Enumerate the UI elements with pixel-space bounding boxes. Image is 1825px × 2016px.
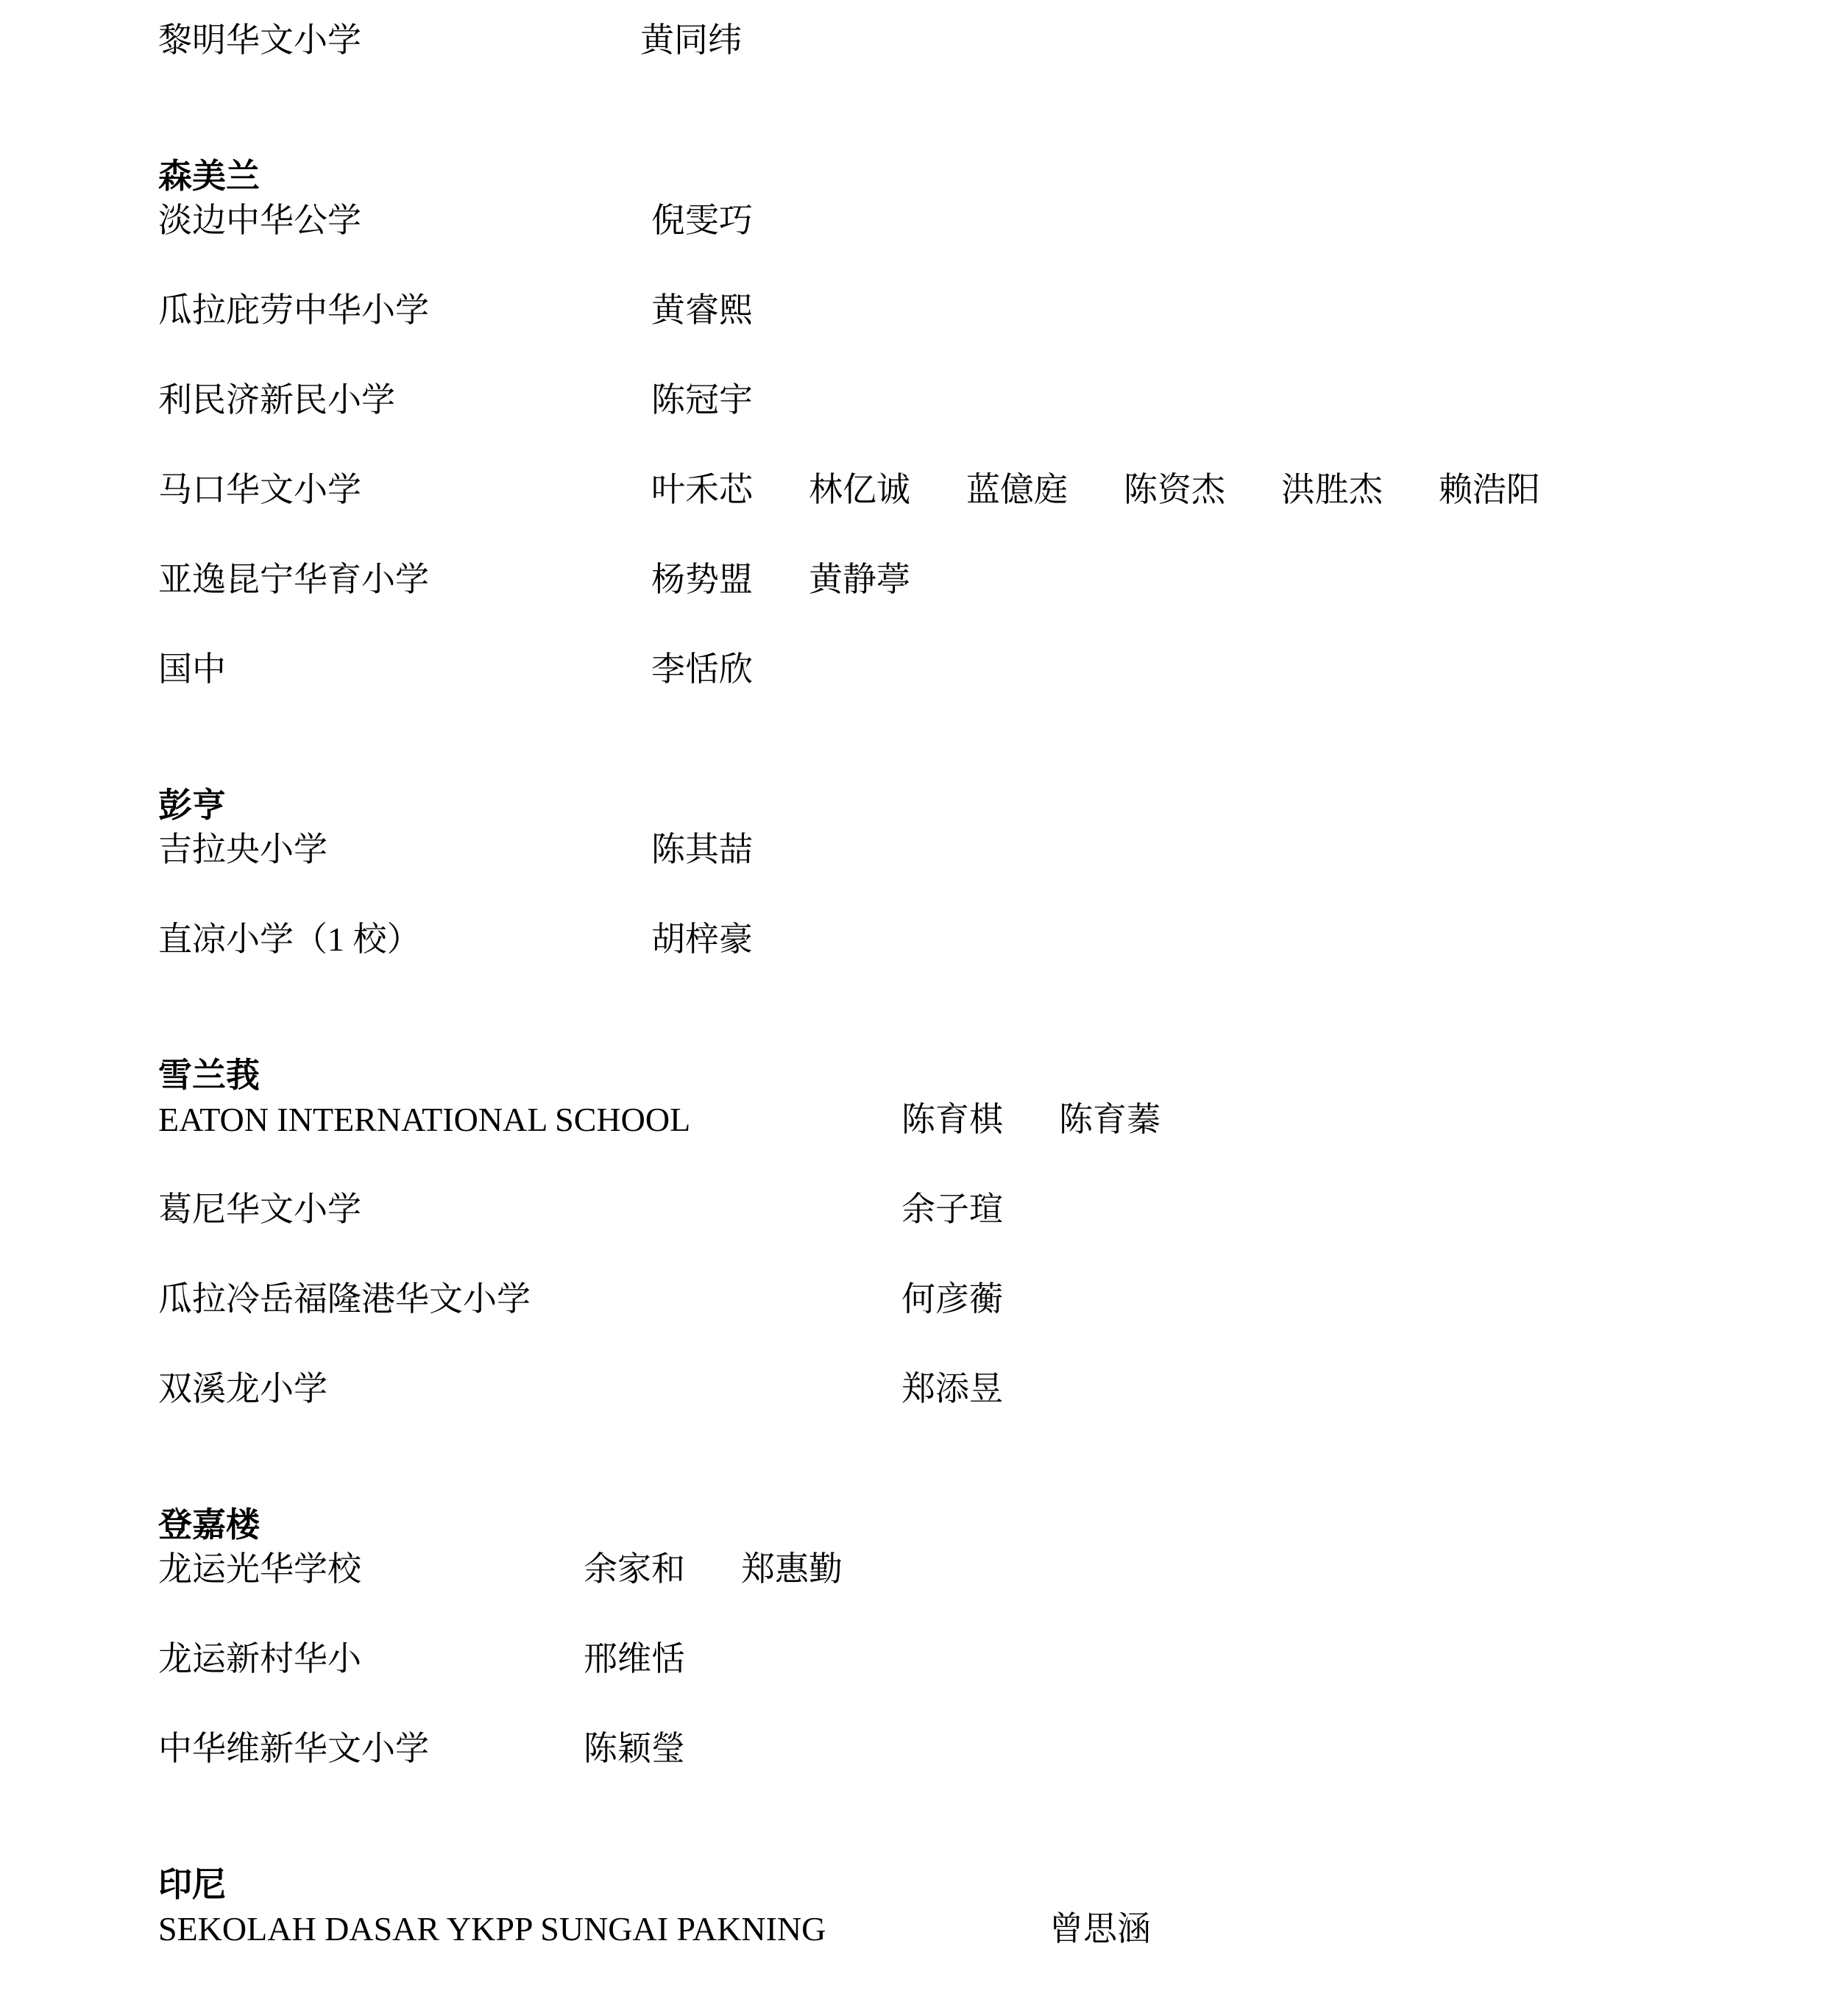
school-row: 国中 李恬欣 [158, 647, 1781, 692]
school-name: 马口华文小学 [158, 468, 651, 512]
student-name: 赖浩阳 [1439, 468, 1540, 512]
student-name: 陈资杰 [1124, 468, 1225, 512]
school-row: 龙运新村华小 邢维恬 [158, 1637, 1781, 1681]
student-name: 陈育棋 [901, 1098, 1003, 1142]
section-pahang: 彭亨 吉拉央小学 陈其喆 直凉小学（1 校） 胡梓豪 [158, 784, 1781, 962]
student-names: 黄睿熙 [651, 288, 753, 333]
student-name: 余子瑄 [901, 1188, 1003, 1232]
student-name: 陈冠宇 [651, 378, 753, 422]
school-row: 黎明华文小学 黄同纬 [158, 18, 1781, 63]
school-row: 龙运光华学校 余家和郑惠勤 [158, 1547, 1781, 1591]
student-names: 李恬欣 [651, 647, 753, 692]
student-names: 余家和郑惠勤 [584, 1547, 843, 1591]
school-row: 利民济新民小学 陈冠宇 [158, 378, 1781, 422]
section-indonesia: 印尼 SEKOLAH DASAR YKPP SUNGAI PAKNING 曾思涵 [158, 1863, 1781, 1951]
student-name: 邢维恬 [584, 1637, 685, 1681]
region-header: 登嘉楼 [158, 1503, 1781, 1547]
school-row: 瓜拉冷岳福隆港华文小学 何彦蘅 [158, 1277, 1781, 1321]
region-header: 印尼 [158, 1863, 1781, 1907]
student-name: 陈育蓁 [1059, 1098, 1160, 1142]
student-name: 余家和 [584, 1547, 685, 1591]
school-row: 淡边中华公学 倪雯巧 [158, 199, 1781, 243]
student-names: 郑添昱 [901, 1367, 1003, 1411]
school-name: 直凉小学（1 校） [158, 918, 651, 962]
school-name: 瓜拉庇劳中华小学 [158, 288, 651, 333]
school-row: SEKOLAH DASAR YKPP SUNGAI PAKNING 曾思涵 [158, 1907, 1781, 1951]
student-name: 李恬欣 [651, 647, 753, 692]
student-name: 曾思涵 [1049, 1907, 1151, 1951]
school-name: 吉拉央小学 [158, 828, 651, 872]
student-names: 胡梓豪 [651, 918, 753, 962]
school-name: 亚逸昆宁华育小学 [158, 558, 651, 602]
school-name: 双溪龙小学 [158, 1367, 901, 1411]
school-name: EATON INTERNATIONAL SCHOOL [158, 1098, 901, 1142]
school-name: 黎明华文小学 [158, 18, 640, 63]
school-row: 双溪龙小学 郑添昱 [158, 1367, 1781, 1411]
school-name: 龙运光华学校 [158, 1547, 584, 1591]
student-name: 黄静葶 [809, 558, 910, 602]
school-name: 瓜拉冷岳福隆港华文小学 [158, 1277, 901, 1321]
student-names: 曾思涵 [1049, 1907, 1151, 1951]
school-row: 吉拉央小学 陈其喆 [158, 828, 1781, 872]
student-name: 杨势盟 [651, 558, 753, 602]
student-name: 何彦蘅 [901, 1277, 1003, 1321]
region-header: 彭亨 [158, 784, 1781, 828]
section-negeri-sembilan: 森美兰 淡边中华公学 倪雯巧 瓜拉庇劳中华小学 黄睿熙 利民济新民小学 陈冠宇 … [158, 155, 1781, 692]
student-name: 胡梓豪 [651, 918, 753, 962]
student-name: 洪胜杰 [1281, 468, 1383, 512]
school-row: 亚逸昆宁华育小学 杨势盟黄静葶 [158, 558, 1781, 602]
section-terengganu: 登嘉楼 龙运光华学校 余家和郑惠勤 龙运新村华小 邢维恬 中华维新华文小学 陈颖… [158, 1503, 1781, 1771]
student-names: 倪雯巧 [651, 199, 753, 243]
student-name: 蓝億庭 [966, 468, 1068, 512]
student-names: 杨势盟黄静葶 [651, 558, 910, 602]
student-names: 黄同纬 [640, 18, 742, 63]
school-row: 瓜拉庇劳中华小学 黄睿熙 [158, 288, 1781, 333]
student-names: 陈其喆 [651, 828, 753, 872]
student-name: 郑添昱 [901, 1367, 1003, 1411]
student-names: 陈冠宇 [651, 378, 753, 422]
student-name: 陈其喆 [651, 828, 753, 872]
student-name: 陈颖瑩 [584, 1727, 685, 1771]
student-name: 叶禾芯 [651, 468, 753, 512]
student-names: 叶禾芯林亿诚蓝億庭陈资杰洪胜杰赖浩阳 [651, 468, 1540, 512]
school-row: EATON INTERNATIONAL SCHOOL 陈育棋陈育蓁 [158, 1098, 1781, 1142]
school-name: 中华维新华文小学 [158, 1727, 584, 1771]
student-names: 余子瑄 [901, 1188, 1003, 1232]
school-name: 葛尼华文小学 [158, 1188, 901, 1232]
student-name: 黄睿熙 [651, 288, 753, 333]
student-names: 邢维恬 [584, 1637, 685, 1681]
student-names: 陈育棋陈育蓁 [901, 1098, 1160, 1142]
student-names: 何彦蘅 [901, 1277, 1003, 1321]
student-name: 倪雯巧 [651, 199, 753, 243]
school-name: 淡边中华公学 [158, 199, 651, 243]
student-name: 郑惠勤 [741, 1547, 843, 1591]
student-names: 陈颖瑩 [584, 1727, 685, 1771]
section-selangor: 雪兰莪 EATON INTERNATIONAL SCHOOL 陈育棋陈育蓁 葛尼… [158, 1054, 1781, 1411]
school-name: SEKOLAH DASAR YKPP SUNGAI PAKNING [158, 1907, 1049, 1951]
school-row: 直凉小学（1 校） 胡梓豪 [158, 918, 1781, 962]
school-row: 中华维新华文小学 陈颖瑩 [158, 1727, 1781, 1771]
region-header: 森美兰 [158, 155, 1781, 199]
school-name: 龙运新村华小 [158, 1637, 584, 1681]
school-row: 马口华文小学 叶禾芯林亿诚蓝億庭陈资杰洪胜杰赖浩阳 [158, 468, 1781, 512]
student-name: 黄同纬 [640, 18, 742, 63]
student-name: 林亿诚 [809, 468, 910, 512]
school-name: 利民济新民小学 [158, 378, 651, 422]
school-row: 葛尼华文小学 余子瑄 [158, 1188, 1781, 1232]
school-name: 国中 [158, 647, 651, 692]
document-page: 黎明华文小学 黄同纬 森美兰 淡边中华公学 倪雯巧 瓜拉庇劳中华小学 黄睿熙 利… [0, 0, 1825, 1951]
region-header: 雪兰莪 [158, 1054, 1781, 1098]
